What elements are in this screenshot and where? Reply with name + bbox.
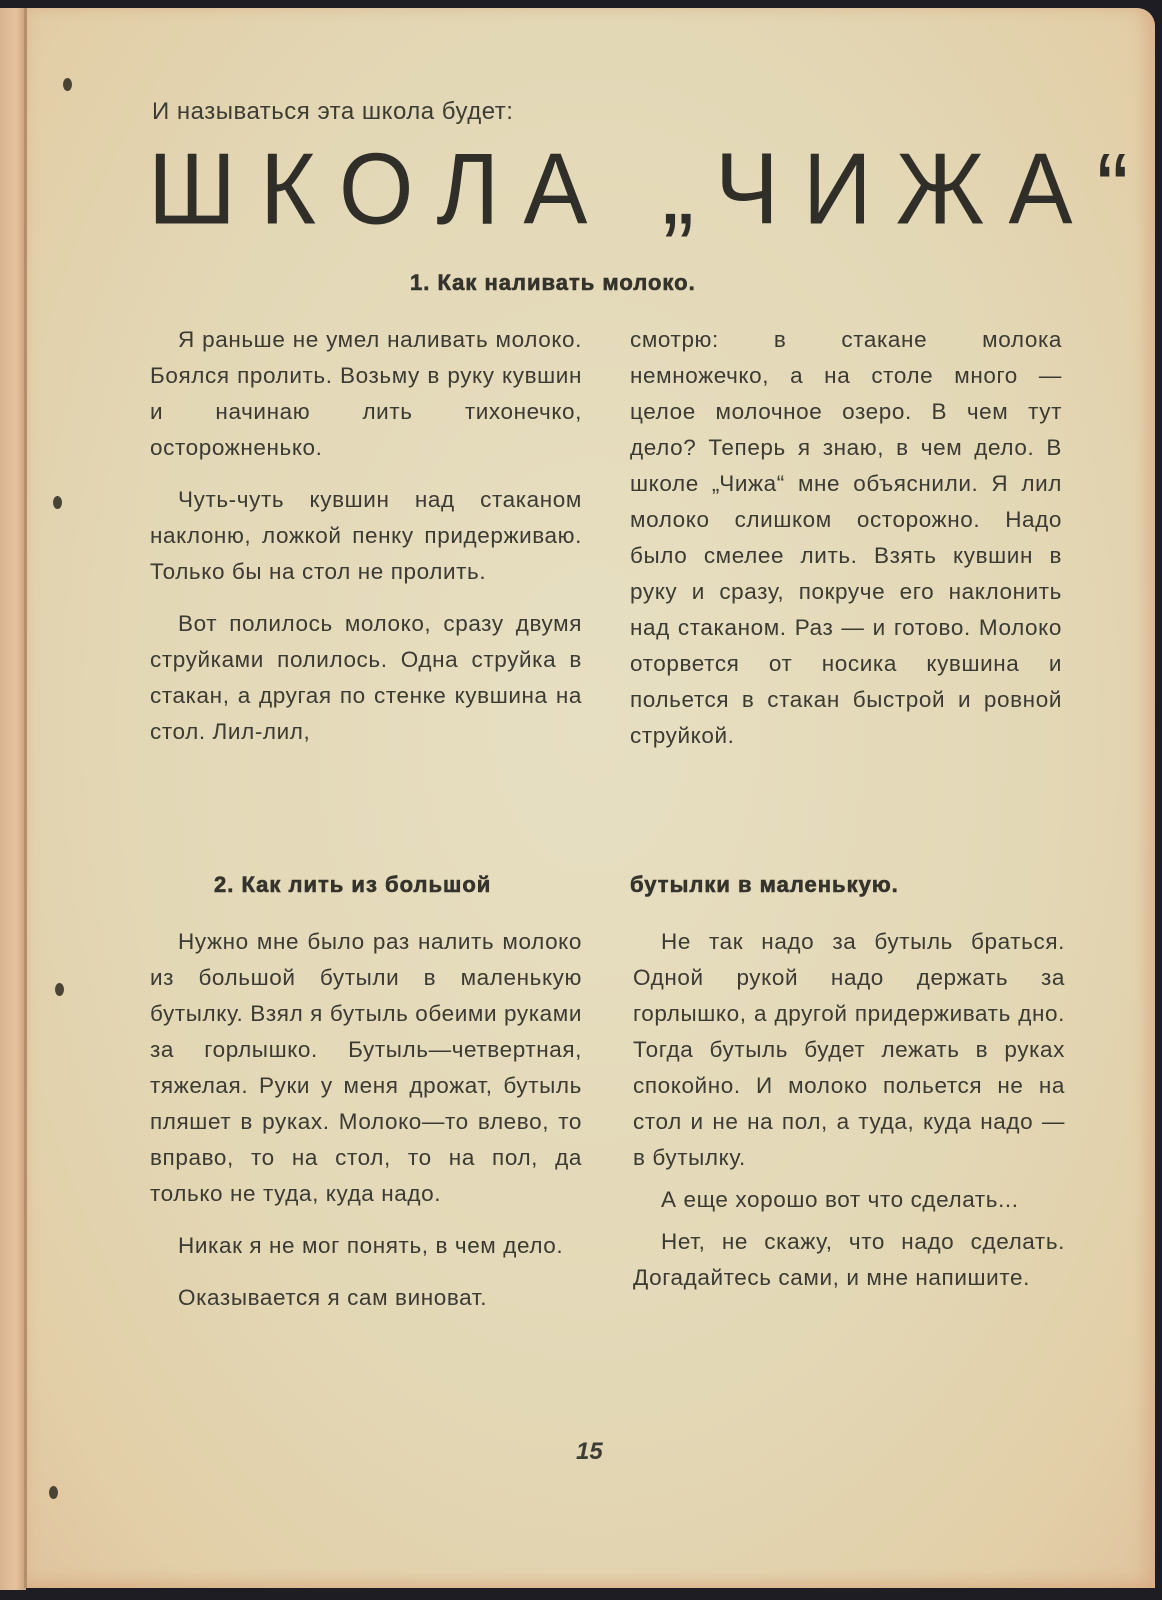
page-number: 15	[576, 1438, 603, 1466]
section-1-right-column: смотрю: в стакане молока немножечко, а н…	[630, 322, 1062, 770]
paragraph: Нет, не скажу, что надо сделать. Догадай…	[633, 1224, 1065, 1296]
paragraph: Не так надо за бутыль браться. Одной рук…	[633, 924, 1065, 1176]
binding-hole	[53, 496, 62, 509]
section-2-left-column: Нужно мне было раз налить молоко из боль…	[150, 924, 582, 1332]
paragraph: Никак я не мог понять, в чем дело.	[150, 1228, 582, 1264]
section-2-heading-left: 2. Как лить из большой	[214, 872, 491, 898]
binding-hole	[55, 983, 64, 996]
page-title: ШКОЛА „ЧИЖА“	[148, 138, 1153, 243]
adjacent-page-edge	[0, 8, 26, 1590]
section-1-heading: 1. Как наливать молоко.	[410, 270, 696, 296]
paragraph: Чуть-чуть кувшин над стаканом наклоню, л…	[150, 482, 582, 590]
paragraph: А еще хорошо вот что сделать...	[633, 1182, 1065, 1218]
binding-hole	[63, 78, 72, 91]
paragraph: Оказывается я сам виноват.	[150, 1280, 582, 1316]
paragraph: Нужно мне было раз налить молоко из боль…	[150, 924, 582, 1212]
intro-line: И называться эта школа будет:	[152, 98, 513, 126]
paragraph: Вот полилось молоко, сразу двумя струйка…	[150, 606, 582, 750]
section-2-right-column: Не так надо за бутыль браться. Одной рук…	[633, 924, 1065, 1302]
paragraph: Я раньше не умел наливать молоко. Боялся…	[150, 322, 582, 466]
section-2-heading-right: бутылки в маленькую.	[630, 872, 899, 898]
section-1-left-column: Я раньше не умел наливать молоко. Боялся…	[150, 322, 582, 766]
binding-hole	[49, 1486, 58, 1499]
paragraph: смотрю: в стакане молока немножечко, а н…	[630, 322, 1062, 754]
